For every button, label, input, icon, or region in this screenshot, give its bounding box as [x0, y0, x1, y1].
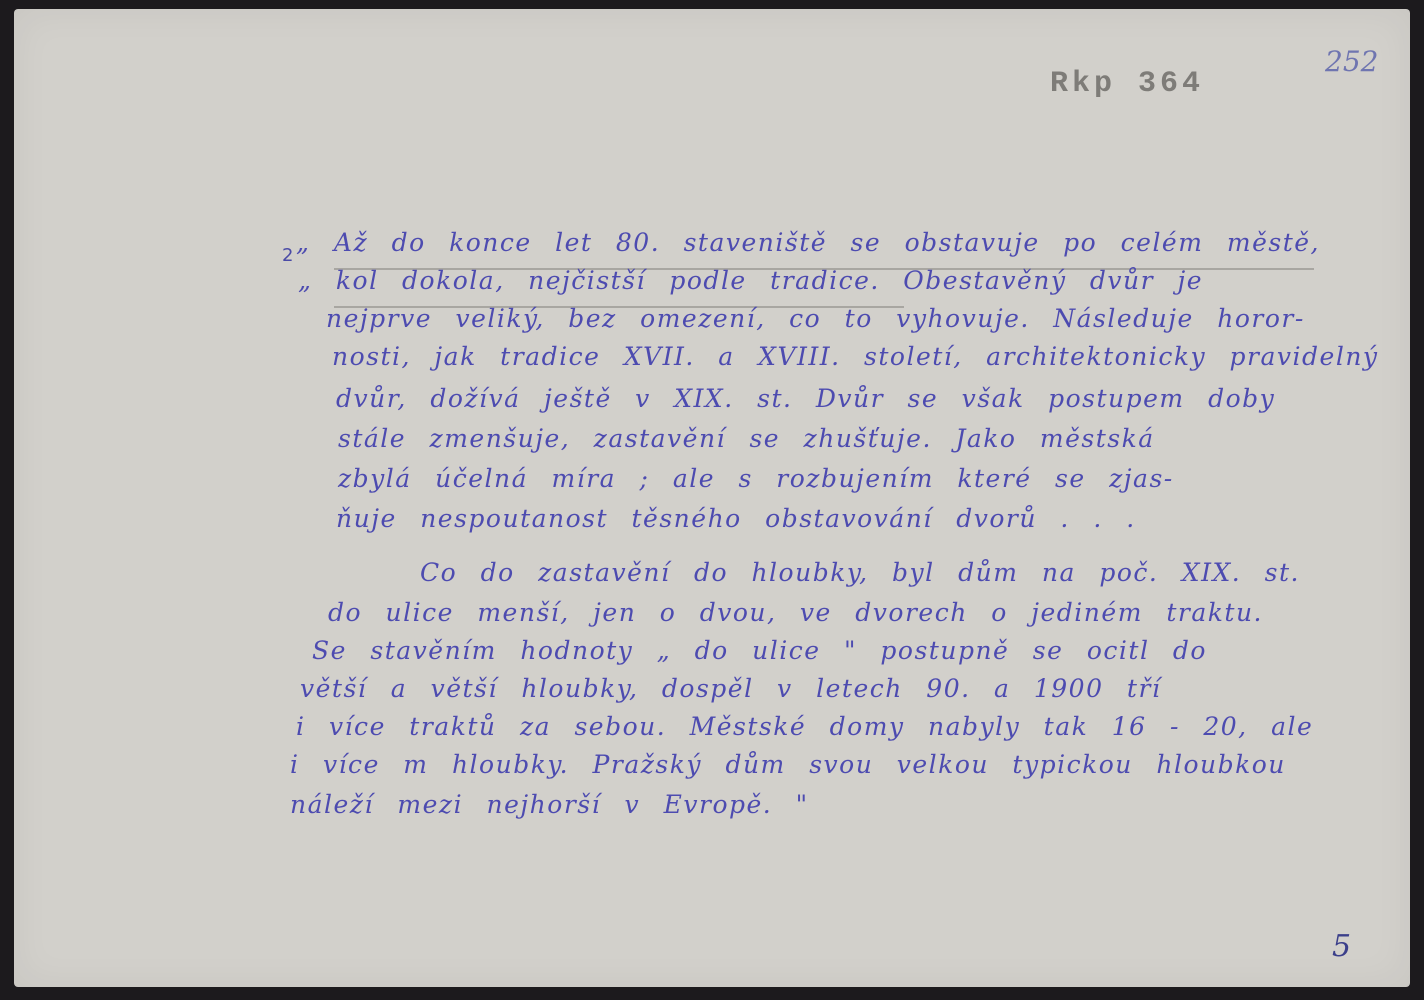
- text-line: dvůr, dožívá ještě v XIX. st. Dvůr se vš…: [336, 384, 1275, 413]
- text-line: zbylá účelná míra ; ale s rozbujením kte…: [338, 464, 1174, 493]
- text-line: nejprve veliký, bez omezení, co to vyhov…: [326, 304, 1305, 333]
- text-line: Se stavěním hodnoty „ do ulice " postupn…: [312, 636, 1207, 665]
- text-line: náleží mezi nejhorší v Evropě. ": [290, 790, 809, 819]
- text-line: i více traktů za sebou. Městské domy nab…: [296, 712, 1313, 741]
- handwritten-text: „ Až do konce let 80. staveniště se obst…: [0, 0, 1424, 1000]
- text-line: nosti, jak tradice XVII. a XVIII. stolet…: [332, 342, 1379, 371]
- text-line: ňuje nespoutanost těsného obstavování dv…: [336, 504, 1136, 533]
- text-line: „ kol dokola, nejčistší podle tradice. O…: [298, 266, 1203, 295]
- text-line: „ Až do konce let 80. staveniště se obst…: [296, 228, 1320, 257]
- text-line: Co do zastavění do hloubky, byl dům na p…: [420, 558, 1300, 587]
- text-line: větší a větší hloubky, dospěl v letech 9…: [300, 674, 1161, 703]
- text-line: stále zmenšuje, zastavění se zhušťuje. J…: [338, 424, 1155, 453]
- text-line: i více m hloubky. Pražský dům svou velko…: [290, 750, 1286, 779]
- text-line: do ulice menší, jen o dvou, ve dvorech o…: [328, 598, 1263, 627]
